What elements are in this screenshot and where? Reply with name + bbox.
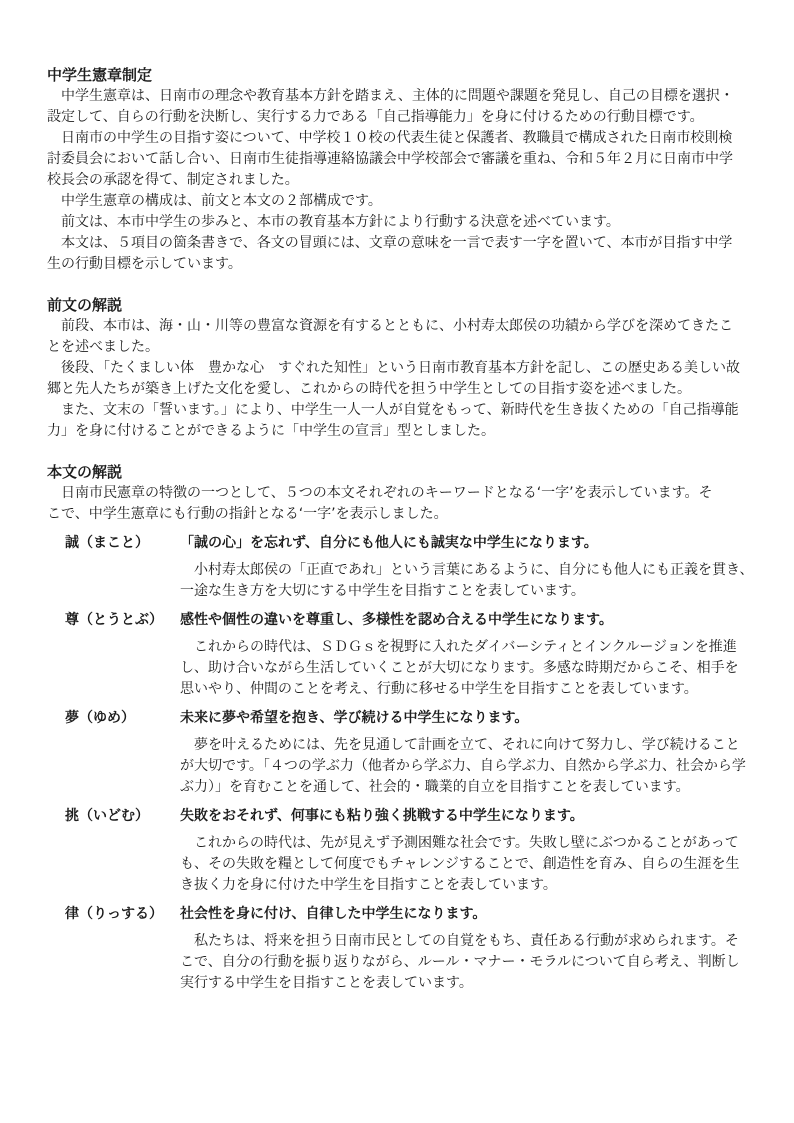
paragraph: 本文は、５項目の箇条書きで、各文の冒頭には、文章の意味を一言で表す一字を置いて、…	[47, 233, 761, 275]
paragraph: 前段、本市は、海・山・川等の豊富な資源を有するとともに、小村寿太郎侯の功績から学…	[47, 316, 761, 358]
paragraph: 日南市民憲章の特徴の一つとして、５つの本文それぞれのキーワードとなる‘一字’を表…	[47, 483, 761, 525]
section-heading-preamble-commentary: 前文の解説	[47, 294, 761, 316]
item-explanation: 私たちは、将来を担う日南市民としての自覚をもち、責任ある行動が求められます。そ …	[180, 931, 761, 994]
section-heading-main-text-commentary: 本文の解説	[47, 461, 761, 483]
paragraph: また、文末の「誓います。」により、中学生一人一人が自覚をもって、新時代を生き抜く…	[47, 400, 761, 442]
paragraph: 日南市の中学生の目指す姿について、中学校１０校の代表生徒と保護者、教職員で構成さ…	[47, 128, 761, 191]
charter-item-idomu: 挑（いどむ） 失敗をおそれず、何事にも粘り強く挑戦する中学生になります。 これか…	[47, 806, 761, 896]
charter-item-makoto: 誠（まこと） 「誠の心」を忘れず、自分にも他人にも誠実な中学生になります。 小村…	[47, 533, 761, 602]
item-explanation: 夢を叶えるためには、先を見通して計画を立て、それに向けて努力し、学び続けること …	[180, 735, 761, 798]
charter-item-yume: 夢（ゆめ） 未来に夢や希望を抱き、学び続ける中学生になります。 夢を叶えるために…	[47, 708, 761, 798]
item-statement: 失敗をおそれず、何事にも粘り強く挑戦する中学生になります。	[180, 806, 761, 827]
charter-item-rissuru: 律（りっする） 社会性を身に付け、自律した中学生になります。 私たちは、将来を担…	[47, 904, 761, 994]
section-heading-charter-establishment: 中学生憲章制定	[47, 64, 761, 86]
section-preamble-commentary: 前文の解説 前段、本市は、海・山・川等の豊富な資源を有するとともに、小村寿太郎侯…	[47, 294, 761, 442]
item-explanation: 小村寿太郎侯の「正直であれ」という言葉にあるように、自分にも他人にも正義を貫き、…	[180, 560, 761, 602]
paragraph: 後段、「たくましい体 豊かな心 すぐれた知性」という日南市教育基本方針を記し、こ…	[47, 358, 761, 400]
section-main-text-commentary: 本文の解説 日南市民憲章の特徴の一つとして、５つの本文それぞれのキーワードとなる…	[47, 461, 761, 994]
paragraph: 中学生憲章の構成は、前文と本文の２部構成です。	[47, 191, 761, 212]
section-charter-establishment: 中学生憲章制定 中学生憲章は、日南市の理念や教育基本方針を踏まえ、主体的に問題や…	[47, 64, 761, 275]
paragraph: 前文は、本市中学生の歩みと、本市の教育基本方針により行動する決意を述べています。	[47, 212, 761, 233]
item-keyword: 挑（いどむ）	[65, 806, 180, 827]
charter-item-head: 夢（ゆめ） 未来に夢や希望を抱き、学び続ける中学生になります。	[47, 708, 761, 729]
item-statement: 未来に夢や希望を抱き、学び続ける中学生になります。	[180, 708, 761, 729]
charter-item-head: 律（りっする） 社会性を身に付け、自律した中学生になります。	[47, 904, 761, 925]
charter-item-head: 誠（まこと） 「誠の心」を忘れず、自分にも他人にも誠実な中学生になります。	[47, 533, 761, 554]
item-statement: 感性や個性の違いを尊重し、多様性を認め合える中学生になります。	[180, 610, 761, 631]
paragraph: 中学生憲章は、日南市の理念や教育基本方針を踏まえ、主体的に問題や課題を発見し、自…	[47, 86, 761, 128]
charter-item-toutobu: 尊（とうとぶ） 感性や個性の違いを尊重し、多様性を認め合える中学生になります。 …	[47, 610, 761, 700]
charter-item-head: 挑（いどむ） 失敗をおそれず、何事にも粘り強く挑戦する中学生になります。	[47, 806, 761, 827]
item-keyword: 誠（まこと）	[65, 533, 180, 554]
item-keyword: 律（りっする）	[65, 904, 180, 925]
item-explanation: これからの時代は、ＳＤＧｓを視野に入れたダイバーシティとインクルージョンを推進 …	[180, 637, 761, 700]
item-statement: 社会性を身に付け、自律した中学生になります。	[180, 904, 761, 925]
item-explanation: これからの時代は、先が見えず予測困難な社会です。失敗し壁にぶつかることがあって …	[180, 833, 761, 896]
item-statement: 「誠の心」を忘れず、自分にも他人にも誠実な中学生になります。	[180, 533, 761, 554]
charter-item-head: 尊（とうとぶ） 感性や個性の違いを尊重し、多様性を認め合える中学生になります。	[47, 610, 761, 631]
item-keyword: 尊（とうとぶ）	[65, 610, 180, 631]
document-page: 中学生憲章制定 中学生憲章は、日南市の理念や教育基本方針を踏まえ、主体的に問題や…	[0, 0, 794, 1123]
item-keyword: 夢（ゆめ）	[65, 708, 180, 729]
